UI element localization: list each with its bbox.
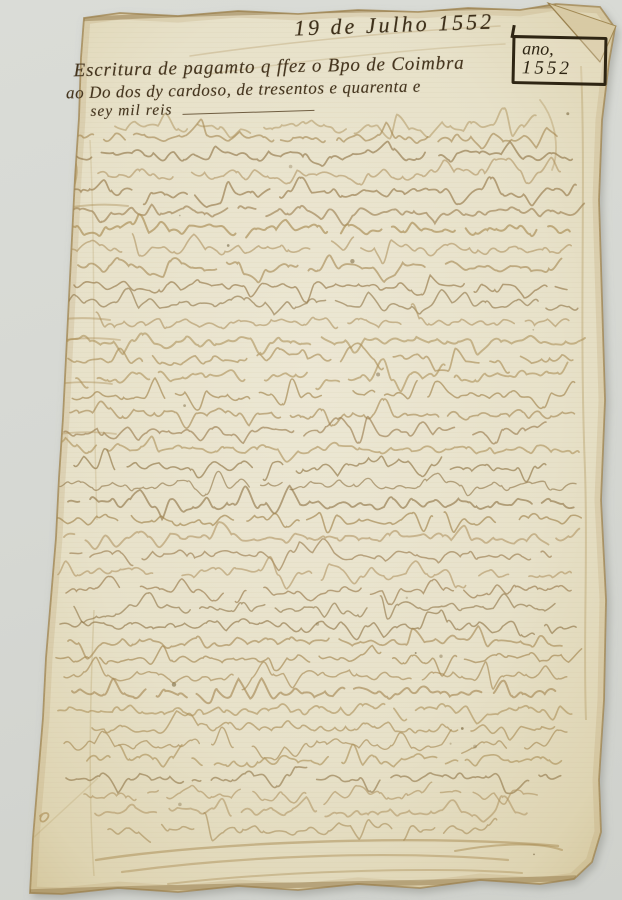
title-underline (183, 109, 315, 114)
title-line-3: sey mil reis (90, 101, 172, 121)
year-box: ano, 1552 (511, 35, 607, 86)
year-box-year: 1552 (522, 59, 600, 81)
manuscript-illustration (0, 0, 622, 900)
title-inscription: Escritura de pagamto q ffez o Bpo de Coi… (73, 52, 514, 121)
manuscript-photo-stage: 19 de Julho 1552 ano, 1552 Escritura de … (0, 0, 622, 900)
